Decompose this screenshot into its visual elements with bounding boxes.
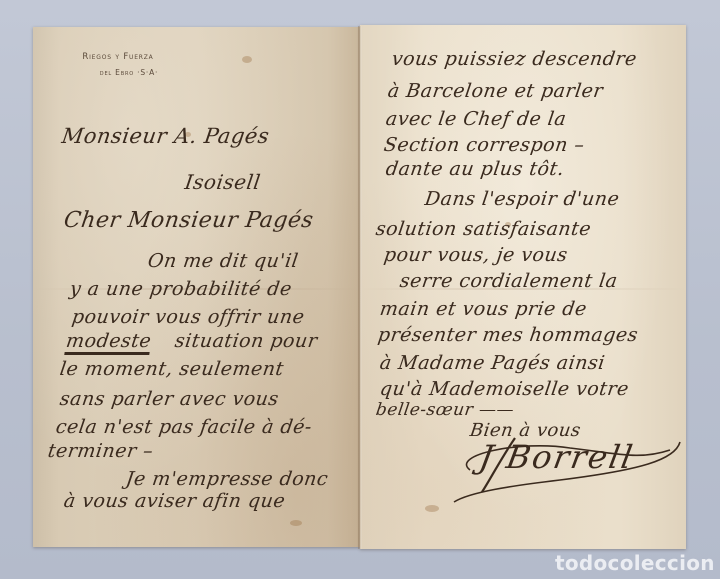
body-line: dante au plus tôt. — [384, 158, 565, 180]
body-line: qu'à Mademoiselle votre — [378, 378, 630, 400]
body-line: solution satisfaisante — [374, 218, 592, 240]
body-line: y a une probabilité de — [68, 278, 293, 300]
body-line: le moment, seulement — [58, 358, 285, 380]
watermark: todocoleccion — [555, 551, 715, 575]
body-line: Section correspon – — [382, 134, 586, 156]
paper-stain — [425, 505, 439, 512]
letterhead-company-name: Riegos y Fuerza — [58, 50, 178, 65]
body-line: terminer – — [46, 440, 154, 462]
body-line: présenter mes hommages — [376, 324, 639, 346]
body-line: à Madame Pagés ainsi — [378, 352, 606, 374]
body-line: belle-sœur —— — [375, 400, 516, 420]
letterhead: Riegos y Fuerza del Ebro ·S·A· — [58, 50, 178, 80]
body-line: On me dit qu'il — [146, 250, 299, 272]
recipient-line: Monsieur A. Pagés — [60, 124, 271, 148]
body-line: à vous aviser afin que — [62, 490, 286, 512]
body-line: pour vous, je vous — [382, 244, 569, 266]
body-line: sans parler avec vous — [58, 388, 280, 410]
body-word-underlined: modeste — [64, 330, 153, 355]
body-line: Dans l'espoir d'une — [423, 188, 620, 210]
paper-stain — [242, 56, 252, 63]
recipient-place: Isoisell — [183, 170, 262, 194]
body-line: pouvoir vous offrir une — [70, 306, 306, 328]
signature: J Borrell — [477, 438, 637, 476]
body-line: Je m'empresse donc — [124, 468, 329, 490]
body-line: vous puissiez descendre — [390, 48, 638, 70]
paper-stain — [290, 520, 302, 526]
body-line: main et vous prie de — [378, 298, 588, 320]
body-line: à Barcelone et parler — [386, 80, 604, 102]
body-line: cela n'est pas facile à dé- — [54, 416, 313, 438]
letter-photo: Riegos y Fuerza del Ebro ·S·A· Monsieur … — [0, 0, 720, 579]
letterhead-company-suffix: del Ebro ·S·A· — [58, 65, 178, 80]
body-line: avec le Chef de la — [384, 108, 567, 130]
salutation: Cher Monsieur Pagés — [62, 208, 315, 233]
body-line: situation pour — [173, 330, 318, 352]
body-line: serre cordialement la — [398, 270, 619, 292]
